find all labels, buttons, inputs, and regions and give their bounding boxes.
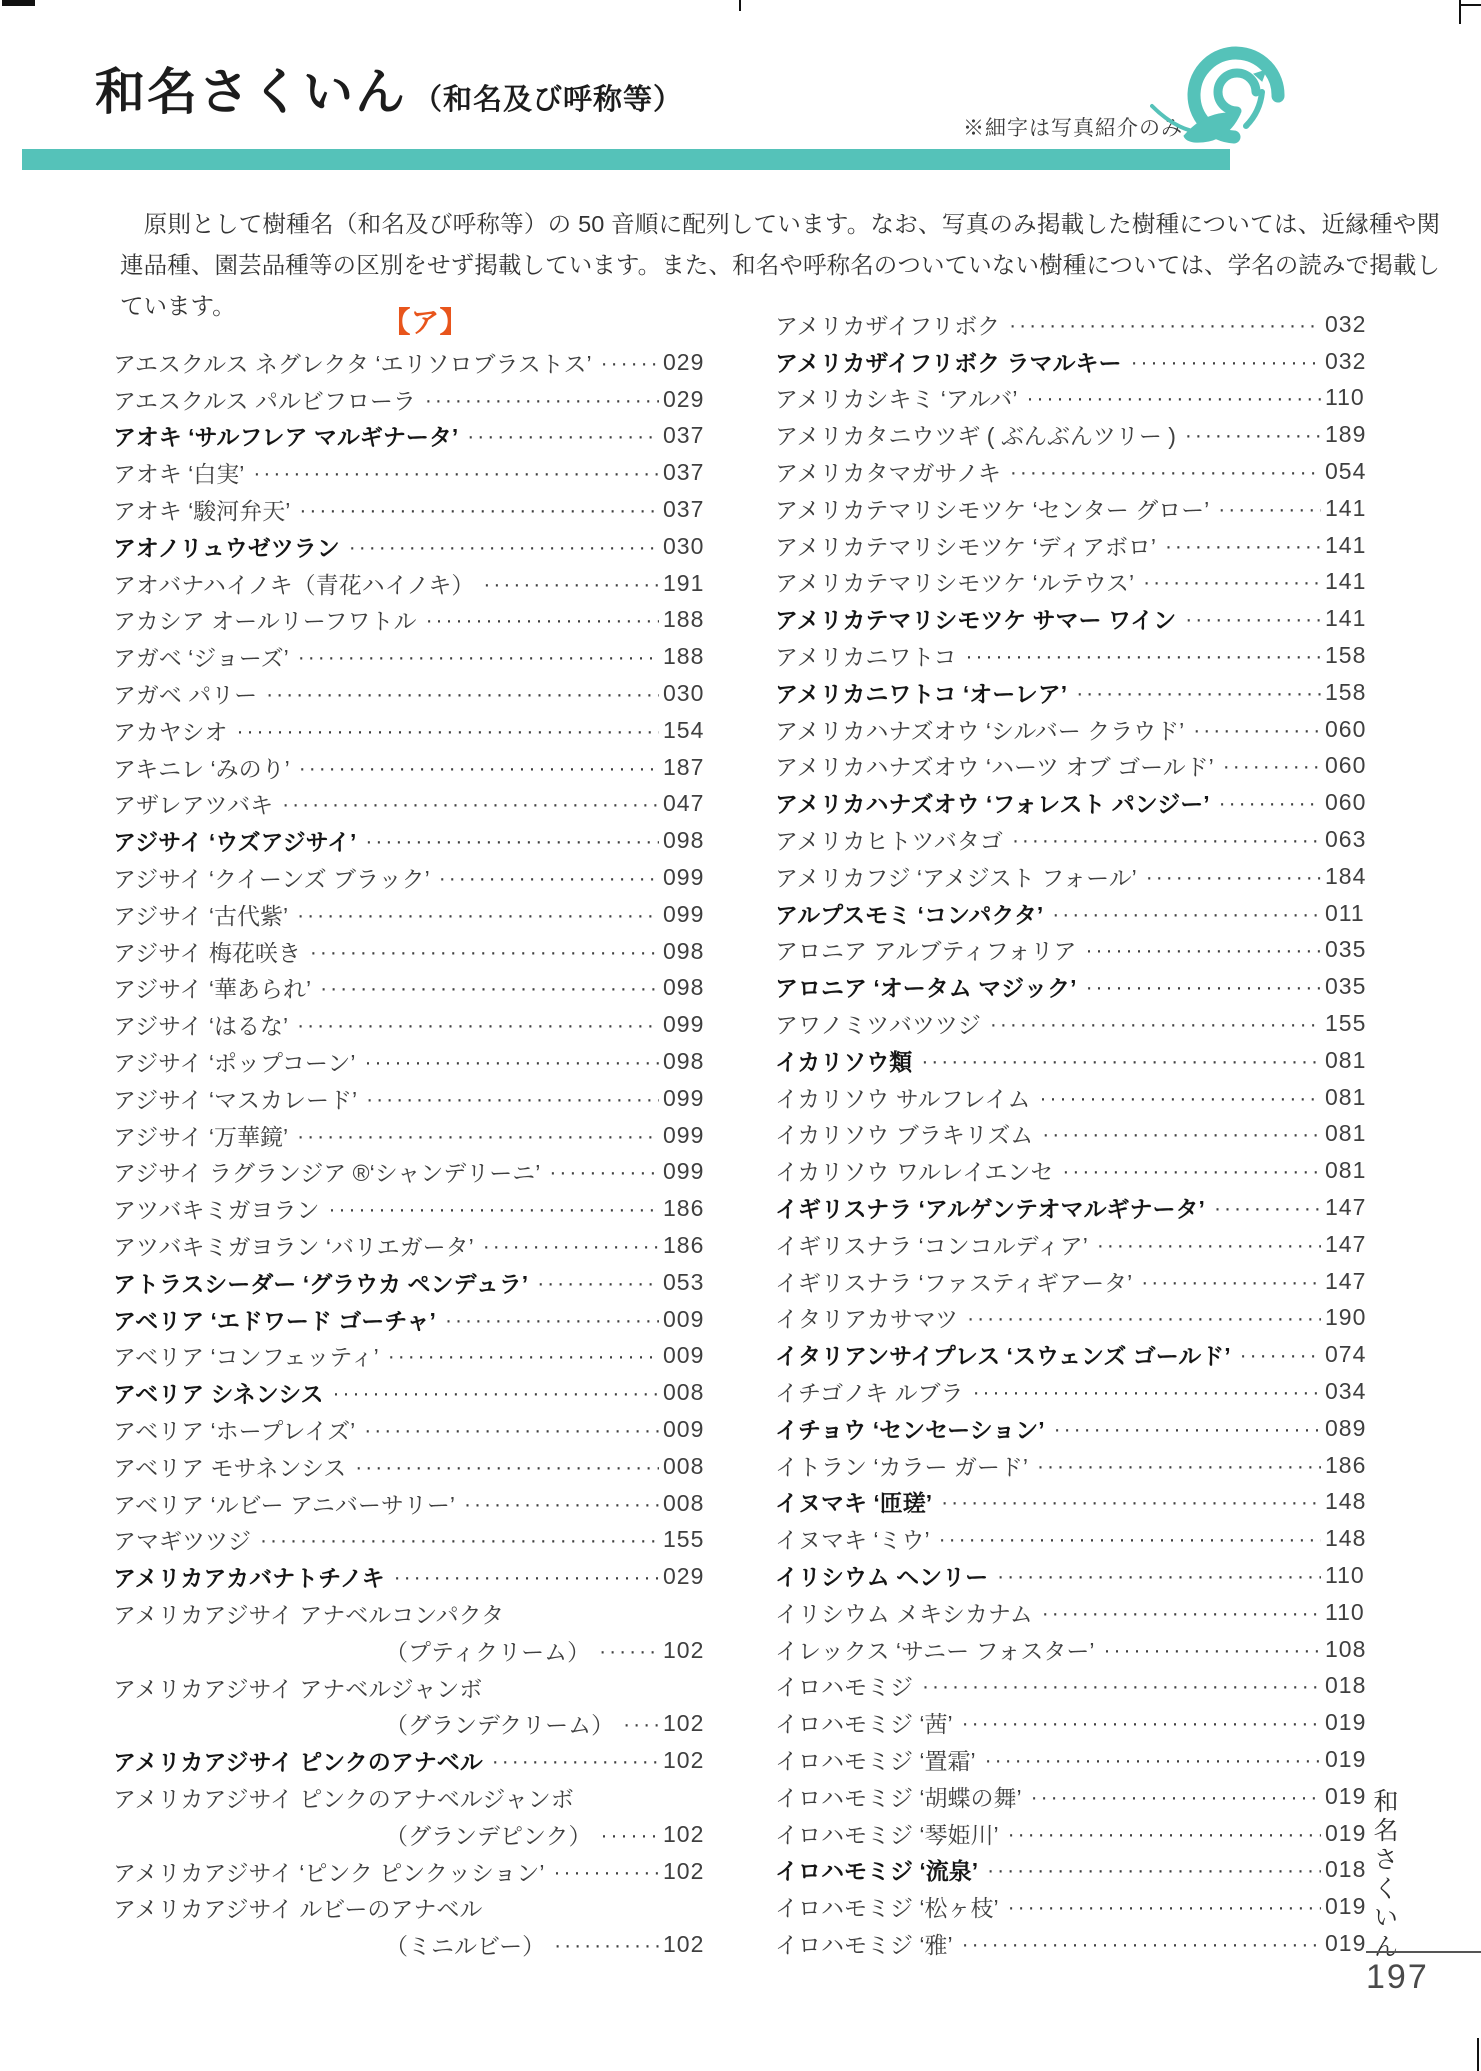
dot-leader xyxy=(537,1269,659,1296)
dot-leader xyxy=(554,1931,659,1958)
dot-leader xyxy=(320,974,659,1001)
entry-page: 190 xyxy=(1325,1304,1371,1331)
entry-page: 098 xyxy=(663,827,709,854)
crop-mark-bottom-right xyxy=(1477,2038,1479,2071)
entry-page: 191 xyxy=(663,570,709,597)
dot-leader xyxy=(1185,605,1321,632)
entry-page: 018 xyxy=(1325,1672,1371,1699)
dot-leader xyxy=(973,1378,1321,1405)
entry-page: 187 xyxy=(663,754,709,781)
index-entry: アメリカタニウツギ ( ぶんぶんツリー )189 xyxy=(775,416,1371,453)
entry-page: 186 xyxy=(1325,1452,1371,1479)
index-entry: アメリカザイフリボク ラマルキー032 xyxy=(775,343,1371,380)
index-entry: イカリソウ サルフレイム081 xyxy=(775,1079,1371,1116)
entry-page: 011 xyxy=(1325,900,1371,927)
entry-page: 019 xyxy=(1325,1709,1371,1736)
entry-page: 081 xyxy=(1325,1157,1371,1184)
entry-page: 053 xyxy=(663,1269,709,1296)
entry-name: アカシア オールリーフワトル xyxy=(113,603,417,636)
entry-page: 030 xyxy=(663,680,709,707)
index-entry: イチョウ ‘センセーション’089 xyxy=(775,1410,1371,1447)
dot-leader xyxy=(1214,1194,1321,1221)
index-entry: アジサイ ‘ウズアジサイ’098 xyxy=(113,822,709,859)
entry-page: 148 xyxy=(1325,1525,1371,1552)
dot-leader xyxy=(985,1746,1321,1773)
dot-leader xyxy=(1141,1268,1321,1295)
index-entry: イカリソウ類081 xyxy=(775,1042,1371,1079)
entry-page: 032 xyxy=(1325,348,1371,375)
dot-leader xyxy=(310,938,659,965)
index-entry: アキニレ ‘みのり’187 xyxy=(113,749,709,786)
dot-leader xyxy=(1039,1084,1321,1111)
dot-leader xyxy=(329,1195,659,1222)
entry-name: アベリア ‘エドワード ゴーチャ’ xyxy=(113,1303,436,1336)
index-entry: アジサイ ‘マスカレード’099 xyxy=(113,1080,709,1117)
entry-page: 186 xyxy=(663,1195,709,1222)
dot-leader xyxy=(364,1416,659,1443)
entry-page: 158 xyxy=(1325,679,1371,706)
entry-page: 008 xyxy=(663,1453,709,1480)
entry-page: 188 xyxy=(663,643,709,670)
entry-name: イリシウム メキシカナム xyxy=(775,1596,1033,1629)
entry-page: 060 xyxy=(1325,716,1371,743)
entry-list-left: アエスクルス ネグレクタ ‘エリソロブラストス’029アエスクルス パルビフロー… xyxy=(113,344,709,1963)
entry-name: アガベ パリー xyxy=(113,677,257,710)
entry-page: 037 xyxy=(663,496,709,523)
dot-leader xyxy=(1008,1893,1321,1920)
entry-name: イレックス ‘サニー フォスター’ xyxy=(775,1633,1094,1666)
entry-trade-name: （グランデピンク） xyxy=(385,1818,592,1851)
entry-page: 081 xyxy=(1325,1047,1371,1074)
entry-page: 155 xyxy=(1325,1010,1371,1037)
index-entry: イロハモミジ ‘茜’019 xyxy=(775,1704,1371,1741)
entry-page: 054 xyxy=(1325,458,1371,485)
index-entry-continuation: （グランデクリーム）102 xyxy=(113,1705,709,1742)
dot-leader xyxy=(298,643,659,670)
entry-name: イギリスナラ ‘コンコルディア’ xyxy=(775,1228,1088,1261)
index-entry: アジサイ ‘ポップコーン’098 xyxy=(113,1043,709,1080)
index-entry: イギリスナラ ‘コンコルディア’147 xyxy=(775,1226,1371,1263)
index-entry: アジサイ ‘古代紫’099 xyxy=(113,896,709,933)
dot-leader xyxy=(1026,384,1321,411)
entry-page: 063 xyxy=(1325,826,1371,853)
index-entry: イギリスナラ ‘アルゲンテオマルギナータ’147 xyxy=(775,1189,1371,1226)
entry-page: 037 xyxy=(663,422,709,449)
entry-page: 029 xyxy=(663,386,709,413)
entry-page: 099 xyxy=(663,1011,709,1038)
index-entry: アメリカヒトツバタゴ063 xyxy=(775,821,1371,858)
index-entry: アベリア ‘ルビー アニバーサリー’008 xyxy=(113,1485,709,1522)
entry-name: アメリカアジサイ ‘ピンク ピンクッション’ xyxy=(113,1855,544,1888)
dot-leader xyxy=(355,1453,659,1480)
index-entry: アオバナハイノキ（青花ハイノキ）191 xyxy=(113,565,709,602)
index-entry: アジサイ ‘万華鏡’099 xyxy=(113,1117,709,1154)
dot-leader xyxy=(549,1158,659,1185)
entry-page: 060 xyxy=(1325,789,1371,816)
index-entry: アジサイ 梅花咲き098 xyxy=(113,933,709,970)
dot-leader xyxy=(1085,936,1321,963)
entry-page: 147 xyxy=(1325,1268,1371,1295)
index-entry: アメリカハナズオウ ‘フォレスト パンジー’060 xyxy=(775,784,1371,821)
index-entry: イロハモミジ ‘琴姫川’019 xyxy=(775,1815,1371,1852)
entry-page: 110 xyxy=(1325,1599,1371,1626)
entry-page: 108 xyxy=(1325,1636,1371,1663)
entry-name: イヌマキ ‘匝瑳’ xyxy=(775,1485,932,1518)
index-entry: イギリスナラ ‘ファスティギアータ’147 xyxy=(775,1263,1371,1300)
index-entry: アベリア ‘コンフェッティ’009 xyxy=(113,1338,709,1375)
side-tab-label: 和名さくいん xyxy=(1366,1788,1402,1962)
entry-page: 018 xyxy=(1325,1856,1371,1883)
entry-page: 102 xyxy=(663,1931,709,1958)
entry-name: アメリカアジサイ ルビーのアナベル xyxy=(113,1891,482,1924)
entry-name: アメリカアジサイ ピンクのアナベル xyxy=(113,1744,483,1777)
entry-name: アメリカザイフリボク xyxy=(775,308,1000,341)
entry-name: アカヤシオ xyxy=(113,714,228,747)
dot-leader xyxy=(939,1525,1321,1552)
index-entry: イトラン ‘カラー ガード’186 xyxy=(775,1447,1371,1484)
entry-name: アメリカハナズオウ ‘ハーツ オブ ゴールド’ xyxy=(775,749,1214,782)
dot-leader xyxy=(1054,1415,1321,1442)
index-entry: アベリア モサネンシス008 xyxy=(113,1448,709,1485)
entry-trade-name: （ミニルビー） xyxy=(385,1928,545,1961)
dot-leader xyxy=(1097,1231,1321,1258)
index-entry: イチゴノキ ルブラ034 xyxy=(775,1373,1371,1410)
index-entry: アメリカニワトコ158 xyxy=(775,637,1371,674)
index-entry: アジサイ ‘華あられ’098 xyxy=(113,970,709,1007)
crop-mark-top-right-h xyxy=(1459,4,1481,6)
index-page: 和名さくいん （和名及び呼称等） ※細字は写真紹介のみ 原則として樹種名（和名及… xyxy=(0,0,1481,2071)
dot-leader xyxy=(1193,716,1321,743)
index-entry: イヌマキ ‘ミウ’148 xyxy=(775,1520,1371,1557)
entry-name: アルプスモミ ‘コンパクタ’ xyxy=(775,897,1043,930)
dot-leader xyxy=(987,1856,1321,1883)
index-entry: アメリカアジサイ ピンクのアナベルジャンボ xyxy=(113,1779,709,1816)
dot-leader xyxy=(364,1048,659,1075)
footer-rule xyxy=(1366,1951,1481,1953)
crop-mark-top-left xyxy=(2,0,35,6)
index-entry: イロハモミジ018 xyxy=(775,1667,1371,1704)
entry-name: イギリスナラ ‘アルゲンテオマルギナータ’ xyxy=(775,1191,1205,1224)
entry-name: アメリカタマガサノキ xyxy=(775,455,1001,488)
index-column-left: 【ア】 アエスクルス ネグレクタ ‘エリソロブラストス’029アエスクルス パル… xyxy=(113,300,709,1963)
entry-page: 102 xyxy=(663,1747,709,1774)
entry-name: アベリア モサネンシス xyxy=(113,1450,346,1483)
index-entry: アベリア ‘ホープレイズ’009 xyxy=(113,1411,709,1448)
entry-name: イカリソウ類 xyxy=(775,1044,912,1077)
index-entry: アジサイ ラグランジア ®‘シャンデリーニ’099 xyxy=(113,1154,709,1191)
entry-page: 047 xyxy=(663,790,709,817)
index-entry: アザレアツバキ047 xyxy=(113,786,709,823)
dot-leader xyxy=(266,680,659,707)
entry-name: イカリソウ サルフレイム xyxy=(775,1081,1030,1114)
entry-name: アメリカテマリシモツケ ‘ルテウス’ xyxy=(775,565,1134,598)
dot-leader xyxy=(426,606,659,633)
entry-page: 074 xyxy=(1325,1341,1371,1368)
entry-page: 099 xyxy=(663,1158,709,1185)
entry-page: 102 xyxy=(663,1858,709,1885)
entry-page: 148 xyxy=(1325,1488,1371,1515)
entry-name: アメリカテマリシモツケ ‘センター グロー’ xyxy=(775,492,1209,525)
dot-leader xyxy=(333,1379,659,1406)
dot-leader xyxy=(483,570,659,597)
entry-page: 147 xyxy=(1325,1194,1371,1221)
dot-leader xyxy=(601,1821,659,1848)
dot-leader xyxy=(1219,789,1321,816)
index-entry: アツバキミガヨラン186 xyxy=(113,1190,709,1227)
dot-leader xyxy=(349,533,659,560)
index-entry: イレックス ‘サニー フォスター’108 xyxy=(775,1631,1371,1668)
index-entry: アメリカハナズオウ ‘ハーツ オブ ゴールド’060 xyxy=(775,748,1371,785)
dot-leader xyxy=(921,1047,1321,1074)
index-entry: アガベ ‘ジョーズ’188 xyxy=(113,638,709,675)
swirl-leaf-logo xyxy=(1150,34,1310,164)
dot-leader xyxy=(439,864,659,891)
index-entry: アベリア ‘エドワード ゴーチャ’009 xyxy=(113,1301,709,1338)
entry-page: 098 xyxy=(663,938,709,965)
header-accent-bar xyxy=(22,149,1230,170)
entry-name: イロハモミジ ‘雅’ xyxy=(775,1927,953,1960)
dot-leader xyxy=(941,1488,1321,1515)
entry-name: アジサイ 梅花咲き xyxy=(113,935,301,968)
index-entry: アカシア オールリーフワトル188 xyxy=(113,602,709,639)
dot-leader xyxy=(1131,348,1321,375)
entry-page: 189 xyxy=(1325,421,1371,448)
entry-page: 154 xyxy=(663,717,709,744)
index-entry: アエスクルス パルビフローラ029 xyxy=(113,381,709,418)
index-entry: アツバキミガヨラン ‘バリエガータ’186 xyxy=(113,1227,709,1264)
index-entry: アメリカテマリシモツケ ‘センター グロー’141 xyxy=(775,490,1371,527)
dot-leader xyxy=(553,1858,659,1885)
entry-page: 110 xyxy=(1325,1562,1371,1589)
index-entry: アメリカテマリシモツケ サマー ワイン141 xyxy=(775,600,1371,637)
dot-leader xyxy=(922,1672,1321,1699)
dot-leader xyxy=(965,642,1321,669)
index-entry: イロハモミジ ‘松ヶ枝’019 xyxy=(775,1888,1371,1925)
entry-name: アメリカアカバナトチノキ xyxy=(113,1560,385,1593)
entry-page: 029 xyxy=(663,1563,709,1590)
index-entry: アエスクルス ネグレクタ ‘エリソロブラストス’029 xyxy=(113,344,709,381)
entry-name: イロハモミジ xyxy=(775,1669,913,1702)
entry-page: 098 xyxy=(663,974,709,1001)
index-entry: アメリカアカバナトチノキ029 xyxy=(113,1558,709,1595)
entry-name: アメリカハナズオウ ‘シルバー クラウド’ xyxy=(775,713,1184,746)
entry-trade-name: （プティクリーム） xyxy=(385,1634,590,1667)
dot-leader xyxy=(599,1637,659,1664)
index-entry: アマギツツジ155 xyxy=(113,1522,709,1559)
index-entry: アロニア ‘オータム マジック’035 xyxy=(775,968,1371,1005)
dot-leader xyxy=(492,1747,659,1774)
page-title: 和名さくいん xyxy=(95,52,407,124)
dot-leader xyxy=(388,1342,659,1369)
entry-name: アメリカアジサイ アナベルジャンボ xyxy=(113,1671,482,1704)
entry-name: イギリスナラ ‘ファスティギアータ’ xyxy=(775,1265,1132,1298)
index-entry: アオノリュウゼツラン030 xyxy=(113,528,709,565)
entry-name: イヌマキ ‘ミウ’ xyxy=(775,1522,930,1555)
index-entry: アメリカシキミ ‘アルバ’110 xyxy=(775,380,1371,417)
entry-page: 098 xyxy=(663,1048,709,1075)
entry-name: アメリカシキミ ‘アルバ’ xyxy=(775,381,1017,414)
entry-name: アメリカアジサイ ピンクのアナベルジャンボ xyxy=(113,1781,574,1814)
index-entry: アメリカフジ ‘アメジスト フォール’184 xyxy=(775,858,1371,895)
index-entry: アメリカアジサイ ‘ピンク ピンクッション’102 xyxy=(113,1853,709,1890)
dot-leader xyxy=(282,790,659,817)
dot-leader xyxy=(1076,679,1321,706)
entry-page: 141 xyxy=(1325,568,1371,595)
entry-name: アメリカニワトコ xyxy=(775,639,956,672)
dot-leader xyxy=(1103,1636,1321,1663)
entry-trade-name: （グランデクリーム） xyxy=(385,1707,614,1740)
entry-name: アメリカテマリシモツケ サマー ワイン xyxy=(775,602,1176,635)
index-entry: アオキ ‘サルフレア マルギナータ’037 xyxy=(113,418,709,455)
index-entry: アメリカテマリシモツケ ‘ディアボロ’141 xyxy=(775,527,1371,564)
index-entry-continuation: （プティクリーム）102 xyxy=(113,1632,709,1669)
entry-page: 081 xyxy=(1325,1084,1371,1111)
entry-name: イロハモミジ ‘胡蝶の舞’ xyxy=(775,1780,1022,1813)
dot-leader xyxy=(1185,421,1321,448)
page-header: 和名さくいん （和名及び呼称等） xyxy=(95,52,683,124)
entry-page: 032 xyxy=(1325,311,1371,338)
entry-name: アベリア ‘ルビー アニバーサリー’ xyxy=(113,1487,455,1520)
entry-name: イタリアンサイプレス ‘スウェンズ ゴールド’ xyxy=(775,1338,1231,1371)
entry-page: 158 xyxy=(1325,642,1371,669)
entry-page: 019 xyxy=(1325,1930,1371,1957)
entry-page: 008 xyxy=(663,1379,709,1406)
index-entry: イタリアカサマツ190 xyxy=(775,1300,1371,1337)
index-entry: アメリカアジサイ ルビーのアナベル xyxy=(113,1889,709,1926)
entry-page: 019 xyxy=(1325,1820,1371,1847)
entry-name: アロニア ‘オータム マジック’ xyxy=(775,970,1077,1003)
entry-name: アメリカハナズオウ ‘フォレスト パンジー’ xyxy=(775,786,1210,819)
dot-leader xyxy=(1240,1341,1321,1368)
dot-leader xyxy=(467,422,659,449)
entry-page: 102 xyxy=(663,1821,709,1848)
entry-name: アオバナハイノキ（青花ハイノキ） xyxy=(113,567,474,600)
entry-name: イチゴノキ ルブラ xyxy=(775,1375,964,1408)
entry-name: イタリアカサマツ xyxy=(775,1301,958,1334)
dot-leader xyxy=(366,1085,659,1112)
entry-name: アツバキミガヨラン xyxy=(113,1192,320,1225)
dot-leader xyxy=(1010,458,1321,485)
index-column-right: アメリカザイフリボク032アメリカザイフリボク ラマルキー032アメリカシキミ … xyxy=(775,306,1371,1962)
entry-page: 184 xyxy=(1325,863,1371,890)
index-entry: アオキ ‘白実’037 xyxy=(113,454,709,491)
dot-leader xyxy=(297,901,659,928)
dot-leader xyxy=(464,1490,659,1517)
entry-page: 037 xyxy=(663,459,709,486)
dot-leader xyxy=(1143,568,1321,595)
entry-list-right: アメリカザイフリボク032アメリカザイフリボク ラマルキー032アメリカシキミ … xyxy=(775,306,1371,1962)
dot-leader xyxy=(1218,495,1321,522)
index-entry: アベリア シネンシス008 xyxy=(113,1374,709,1411)
dot-leader xyxy=(967,1304,1321,1331)
entry-name: アメリカフジ ‘アメジスト フォール’ xyxy=(775,860,1137,893)
entry-page: 110 xyxy=(1325,384,1371,411)
entry-name: アベリア ‘コンフェッティ’ xyxy=(113,1339,379,1372)
entry-name: イロハモミジ ‘松ヶ枝’ xyxy=(775,1890,999,1923)
index-entry: アトラスシーダー ‘グラウカ ペンデュラ’053 xyxy=(113,1264,709,1301)
dot-leader xyxy=(1037,1452,1321,1479)
entry-name: アジサイ ‘万華鏡’ xyxy=(113,1119,288,1152)
index-entry: アメリカテマリシモツケ ‘ルテウス’141 xyxy=(775,564,1371,601)
page-number: 197 xyxy=(1366,1958,1429,1997)
dot-leader xyxy=(299,496,659,523)
index-entry: イロハモミジ ‘流泉’018 xyxy=(775,1851,1371,1888)
entry-name: イカリソウ ブラキリズム xyxy=(775,1117,1033,1150)
dot-leader xyxy=(297,1122,659,1149)
entry-name: アジサイ ‘ウズアジサイ’ xyxy=(113,824,356,857)
index-entry-continuation: （ミニルビー）102 xyxy=(113,1926,709,1963)
entry-name: アエスクルス ネグレクタ ‘エリソロブラストス’ xyxy=(113,346,592,379)
index-entry: アガベ パリー030 xyxy=(113,675,709,712)
entry-page: 060 xyxy=(1325,752,1371,779)
entry-name: イロハモミジ ‘琴姫川’ xyxy=(775,1817,999,1850)
dot-leader xyxy=(623,1710,659,1737)
index-entry: アメリカタマガサノキ054 xyxy=(775,453,1371,490)
entry-page: 089 xyxy=(1325,1415,1371,1442)
entry-name: イロハモミジ ‘茜’ xyxy=(775,1706,953,1739)
entry-page: 141 xyxy=(1325,605,1371,632)
dot-leader xyxy=(962,1709,1321,1736)
entry-page: 147 xyxy=(1325,1231,1371,1258)
entry-name: アオキ ‘白実’ xyxy=(113,456,244,489)
dot-leader xyxy=(1223,752,1321,779)
dot-leader xyxy=(1009,311,1321,338)
entry-name: アメリカザイフリボク ラマルキー xyxy=(775,345,1122,378)
dot-leader xyxy=(1042,1599,1321,1626)
dot-leader xyxy=(962,1930,1321,1957)
entry-name: イカリソウ ワルレイエンセ xyxy=(775,1154,1053,1187)
entry-page: 008 xyxy=(663,1490,709,1517)
dot-leader xyxy=(260,1526,659,1553)
dot-leader xyxy=(601,349,659,376)
entry-name: アオノリュウゼツラン xyxy=(113,530,340,563)
entry-name: アメリカヒトツバタゴ xyxy=(775,823,1003,856)
dot-leader xyxy=(1012,826,1321,853)
entry-name: アメリカニワトコ ‘オーレア’ xyxy=(775,676,1067,709)
entry-name: イロハモミジ ‘流泉’ xyxy=(775,1853,978,1886)
entry-name: アメリカテマリシモツケ ‘ディアボロ’ xyxy=(775,529,1156,562)
entry-name: アジサイ ‘マスカレード’ xyxy=(113,1082,357,1115)
dot-leader xyxy=(990,1010,1321,1037)
index-entry: イヌマキ ‘匝瑳’148 xyxy=(775,1484,1371,1521)
entry-name: アツバキミガヨラン ‘バリエガータ’ xyxy=(113,1229,474,1262)
entry-page: 035 xyxy=(1325,936,1371,963)
index-entry: イロハモミジ ‘胡蝶の舞’019 xyxy=(775,1778,1371,1815)
dot-leader xyxy=(1146,863,1321,890)
entry-name: アトラスシーダー ‘グラウカ ペンデュラ’ xyxy=(113,1266,528,1299)
entry-page: 186 xyxy=(663,1232,709,1259)
entry-page: 099 xyxy=(663,1085,709,1112)
entry-name: アキニレ ‘みのり’ xyxy=(113,751,290,784)
dot-leader xyxy=(297,1011,659,1038)
dot-leader xyxy=(1062,1157,1321,1184)
entry-name: アジサイ ‘華あられ’ xyxy=(113,971,311,1004)
index-entry: アワノミツバツツジ155 xyxy=(775,1005,1371,1042)
dot-leader xyxy=(1008,1820,1321,1847)
dot-leader xyxy=(1052,900,1321,927)
entry-page: 030 xyxy=(663,533,709,560)
index-entry: アジサイ ‘はるな’099 xyxy=(113,1006,709,1043)
entry-name: アジサイ ‘はるな’ xyxy=(113,1008,288,1041)
dot-leader xyxy=(445,1306,659,1333)
entry-page: 099 xyxy=(663,864,709,891)
index-entry: イタリアンサイプレス ‘スウェンズ ゴールド’074 xyxy=(775,1336,1371,1373)
entry-name: アザレアツバキ xyxy=(113,787,273,820)
entry-page: 102 xyxy=(663,1637,709,1664)
dot-leader xyxy=(425,386,659,413)
index-entry: イロハモミジ ‘雅’019 xyxy=(775,1925,1371,1962)
index-entry: アメリカザイフリボク032 xyxy=(775,306,1371,343)
